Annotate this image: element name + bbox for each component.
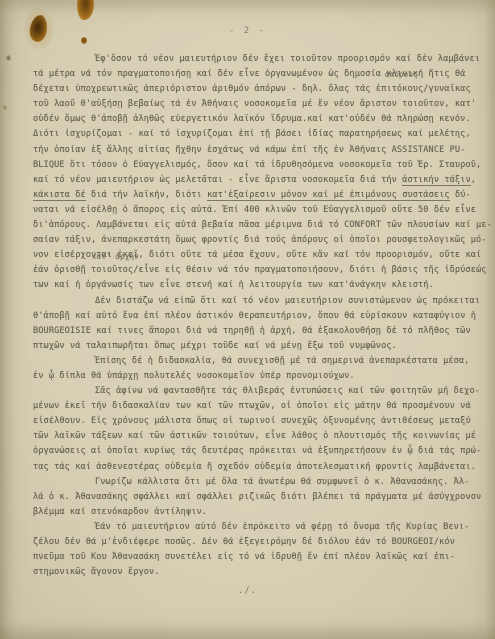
text-segment: μένων ἐκεῖ τήν διδασκαλίαν των καί τῶν π…	[33, 401, 471, 411]
text-line: BLIQUE ὅτι τόσον ὁ Εὐαγγελισμός, ὅσον κα…	[33, 158, 467, 173]
text-line: τας τάς καί ἀσθενεστέρας οὐδεμία ἤ σχεδό…	[33, 460, 467, 475]
text-line: BOURGEOISIE καί τινες ἄποροι διά νά τηρη…	[33, 324, 467, 339]
text-line: μένων ἐκεῖ τήν διδασκαλίαν των καί τῶν π…	[33, 399, 467, 414]
text-segment: Σᾶς ἀφίνω νά φαντασθῆτε τάς θλιβεράς ἐντ…	[95, 386, 480, 396]
document-lines: Ἐφ'ὅσον τό νέον μαιευτήριον δέν ἔχει τοι…	[33, 52, 467, 580]
underlined-text: ἀστικήν τάξιν	[402, 175, 471, 187]
text-line: ναται νά εἰσέλθῃ ὁ ἄπορος εἰς αὐτά. Ἐπί …	[33, 203, 467, 218]
text-segment: Δέν διστάζω νά εἰπῶ ὅτι καί τό νέον μαιε…	[95, 296, 480, 306]
text-segment: BOURGEOISIE καί τινες ἄποροι διά νά τηρη…	[33, 326, 471, 336]
text-line: των καί ἡ ὀργάνωσίς των εἶνε στενή καί ἡ…	[33, 278, 467, 293]
text-segment: ὀργανώσεις αἱ ὁποῖαι κυρίως τάς δευτέρας…	[33, 446, 481, 456]
text-line: Διότι ἰσχυρίζομαι - καί τό ἰσχυρίζομαι ἐ…	[33, 127, 467, 142]
text-line: πνεῦμα τοῦ Κου Ἀθανασάκη συνετέλει εἰς τ…	[33, 550, 467, 565]
text-segment: πνεῦμα τοῦ Κου Ἀθανασάκη συνετέλει εἰς τ…	[33, 552, 455, 562]
typewritten-page: - 2 - Ἐφ'ὅσον τό νέον μαιευτήριον δέν ἔχ…	[0, 0, 495, 639]
underlined-text: κάκιστα δέ	[33, 190, 86, 202]
underlined-text: κατ'ἐξαίρεσιν μόνον καί μέ ἐπιμόνους συσ…	[207, 190, 450, 202]
text-segment: Διότι ἰσχυρίζομαι - καί τό ἰσχυρίζομαι ἐ…	[33, 129, 471, 139]
text-line: τοῦ λαοῦ θ'αὐξήσῃ βεβαίως τά ἐν Ἀθήναις …	[33, 97, 467, 112]
text-segment: δύ-	[450, 190, 471, 200]
text-segment: Ἐάν τό μαιευτήριον αὐτό δέν ἐπρόκειτο νά…	[95, 522, 469, 532]
text-segment: Γνωρίζω κάλλιστα ὅτι μέ ὅλα τά ἀνωτέρω θ…	[95, 477, 469, 487]
text-segment: δέχεται ὑποχρεωτικῶς ἀπεριόριστον ἀριθμό…	[33, 84, 471, 94]
text-segment: διά τήν λαϊκήν, διότι	[86, 190, 207, 200]
text-segment: σαίαν τάξιν, ἀνεπαρκεστάτη ὅμως φροντίς …	[33, 235, 487, 245]
ink-speck	[6, 55, 11, 61]
text-segment: εἰσέλθουν. Εἰς χρόνους μάλιστα ὅπως οἱ τ…	[33, 416, 471, 426]
interlinear-insertion: κατ' ἀρχήν	[92, 253, 139, 261]
text-line: Δέν διστάζω νά εἰπῶ ὅτι καί τό νέον μαιε…	[33, 294, 467, 309]
text-line: Γνωρίζω κάλλιστα ὅτι μέ ὅλα τά ἀνωτέρω θ…	[33, 475, 467, 490]
text-line: ἐν ᾧ δίπλα θά ὑπάρχῃ πολυτελές νοσοκομεῖ…	[33, 369, 467, 384]
text-line: Ἐφ'ὅσον τό νέον μαιευτήριον δέν ἔχει τοι…	[33, 52, 467, 67]
text-line: καί τό νέον μαιευτήριον ὡς μελετᾶται - ε…	[33, 173, 467, 188]
text-line: θ'ἀποβῇ καί αὐτό ἕνα ἐπί πλέον ἀστικόν θ…	[33, 309, 467, 324]
interlinear-insertion: ἀπόρους	[385, 71, 418, 79]
text-segment: ναται νά εἰσέλθῃ ὁ ἄπορος εἰς αὐτά. Ἐπί …	[33, 205, 476, 215]
text-line: Ἐπίσης δέ ἡ διδασκαλία, θά συνεχισθῇ μέ …	[33, 354, 467, 369]
text-segment: ἐν ᾧ δίπλα θά ὑπάρχῃ πολυτελές νοσοκομεῖ…	[33, 371, 355, 381]
text-line: βλέμμα καί στενόκαρδον ἀντίληψιν.	[33, 505, 467, 520]
text-segment: Ἐφ'ὅσον τό νέον μαιευτήριον δέν ἔχει τοι…	[95, 54, 480, 64]
text-segment: λά ὁ κ. Ἀθανασάκης σφάλλει καί σφάλλει ρ…	[33, 492, 481, 502]
text-line: τῶν λαϊκῶν τάξεων καί τῶν ἀστικῶν τοιούτ…	[33, 429, 467, 444]
text-segment: ζέλου δέν θά μ'ἐνδιέφερε ποσῶς. Δέν θά ἐ…	[33, 537, 455, 547]
text-segment: στημονικῶς ἄγονον ἔργον.	[33, 567, 160, 577]
text-segment: πτωχῶν νά ταλαιπωρῆται ὅπως μέχρι τοῦδε …	[33, 341, 397, 351]
text-segment: τῶν λαϊκῶν τάξεων καί τῶν ἀστικῶν τοιούτ…	[33, 431, 476, 441]
ink-stain	[77, 0, 94, 20]
ink-stain	[81, 37, 87, 44]
text-line: οὐδέν ὅμως θ'ἀποβῇ ἀληθῶς εὐεργετικόν λα…	[33, 112, 467, 127]
text-line: Ἐάν τό μαιευτήριον αὐτό δέν ἐπρόκειτο νά…	[33, 520, 467, 535]
text-segment: τήν ὁποίαν ἐξ ἄλλης αἰτίας ἤχθην ἐσχάτως…	[33, 145, 465, 155]
text-line: εἰσέλθουν. Εἰς χρόνους μάλιστα ὅπως οἱ τ…	[33, 414, 467, 429]
text-segment: θ'ἀποβῇ καί αὐτό ἕνα ἐπί πλέον ἀστικόν θ…	[33, 311, 476, 321]
text-segment: τοῦ λαοῦ θ'αὐξήσῃ βεβαίως τά ἐν Ἀθήναις …	[33, 99, 476, 109]
text-line: σαίαν τάξιν, ἀνεπαρκεστάτη ὅμως φροντίς …	[33, 233, 467, 248]
text-segment: οὐδέν ὅμως θ'ἀποβῇ ἀληθῶς εὐεργετικόν λα…	[33, 114, 471, 124]
text-segment: δι'ἀπόρους. Λαμβάνεται εἰς αὐτά βεβαία π…	[33, 220, 492, 230]
text-line: κάκιστα δέ διά τήν λαϊκήν, διότι κατ'ἐξα…	[33, 188, 467, 203]
text-line: ζέλου δέν θά μ'ἐνδιέφερε ποσῶς. Δέν θά ἐ…	[33, 535, 467, 550]
text-segment: βλέμμα καί στενόκαρδον ἀντίληψιν.	[33, 507, 207, 517]
text-line: τήν ὁποίαν ἐξ ἄλλης αἰτίας ἤχθην ἐσχάτως…	[33, 143, 467, 158]
page-number: - 2 -	[0, 26, 495, 36]
text-segment: Ἐπίσης δέ ἡ διδασκαλία, θά συνεχισθῇ μέ …	[95, 356, 469, 366]
text-segment: BLIQUE ὅτι τόσον ὁ Εὐαγγελισμός, ὅσον κα…	[33, 160, 481, 170]
text-segment: καί τό νέον μαιευτήριον ὡς μελετᾶται - ε…	[33, 175, 402, 185]
text-line: δέχεται ὑποχρεωτικῶς ἀπεριόριστον ἀριθμό…	[33, 82, 467, 97]
text-line: Σᾶς ἀφίνω νά φαντασθῆτε τάς θλιβεράς ἐντ…	[33, 384, 467, 399]
page-end-mark: ./.	[0, 586, 495, 596]
text-line: ἐάν ὁρισθῇ τοιοῦτος/εἶνε εἰς θέσιν νά τό…	[33, 263, 467, 278]
text-line: λά ὁ κ. Ἀθανασάκης σφάλλει καί σφάλλει ρ…	[33, 490, 467, 505]
text-line: δι'ἀπόρους. Λαμβάνεται εἰς αὐτά βεβαία π…	[33, 218, 467, 233]
text-segment: των καί ἡ ὀργάνωσίς των εἶνε στενή καί ἡ…	[33, 280, 434, 290]
text-line: πτωχῶν νά ταλαιπωρῆται ὅπως μέχρι τοῦδε …	[33, 339, 467, 354]
text-segment: ,	[471, 175, 476, 185]
text-segment: ἐάν ὁρισθῇ τοιοῦτος/εἶνε εἰς θέσιν νά τό…	[33, 265, 487, 275]
text-segment: τας τάς καί ἀσθενεστέρας οὐδεμία ἤ σχεδό…	[33, 462, 476, 472]
text-line: στημονικῶς ἄγονον ἔργον.	[33, 565, 467, 580]
ink-speck	[3, 105, 7, 110]
text-line: ὀργανώσεις αἱ ὁποῖαι κυρίως τάς δευτέρας…	[33, 444, 467, 459]
